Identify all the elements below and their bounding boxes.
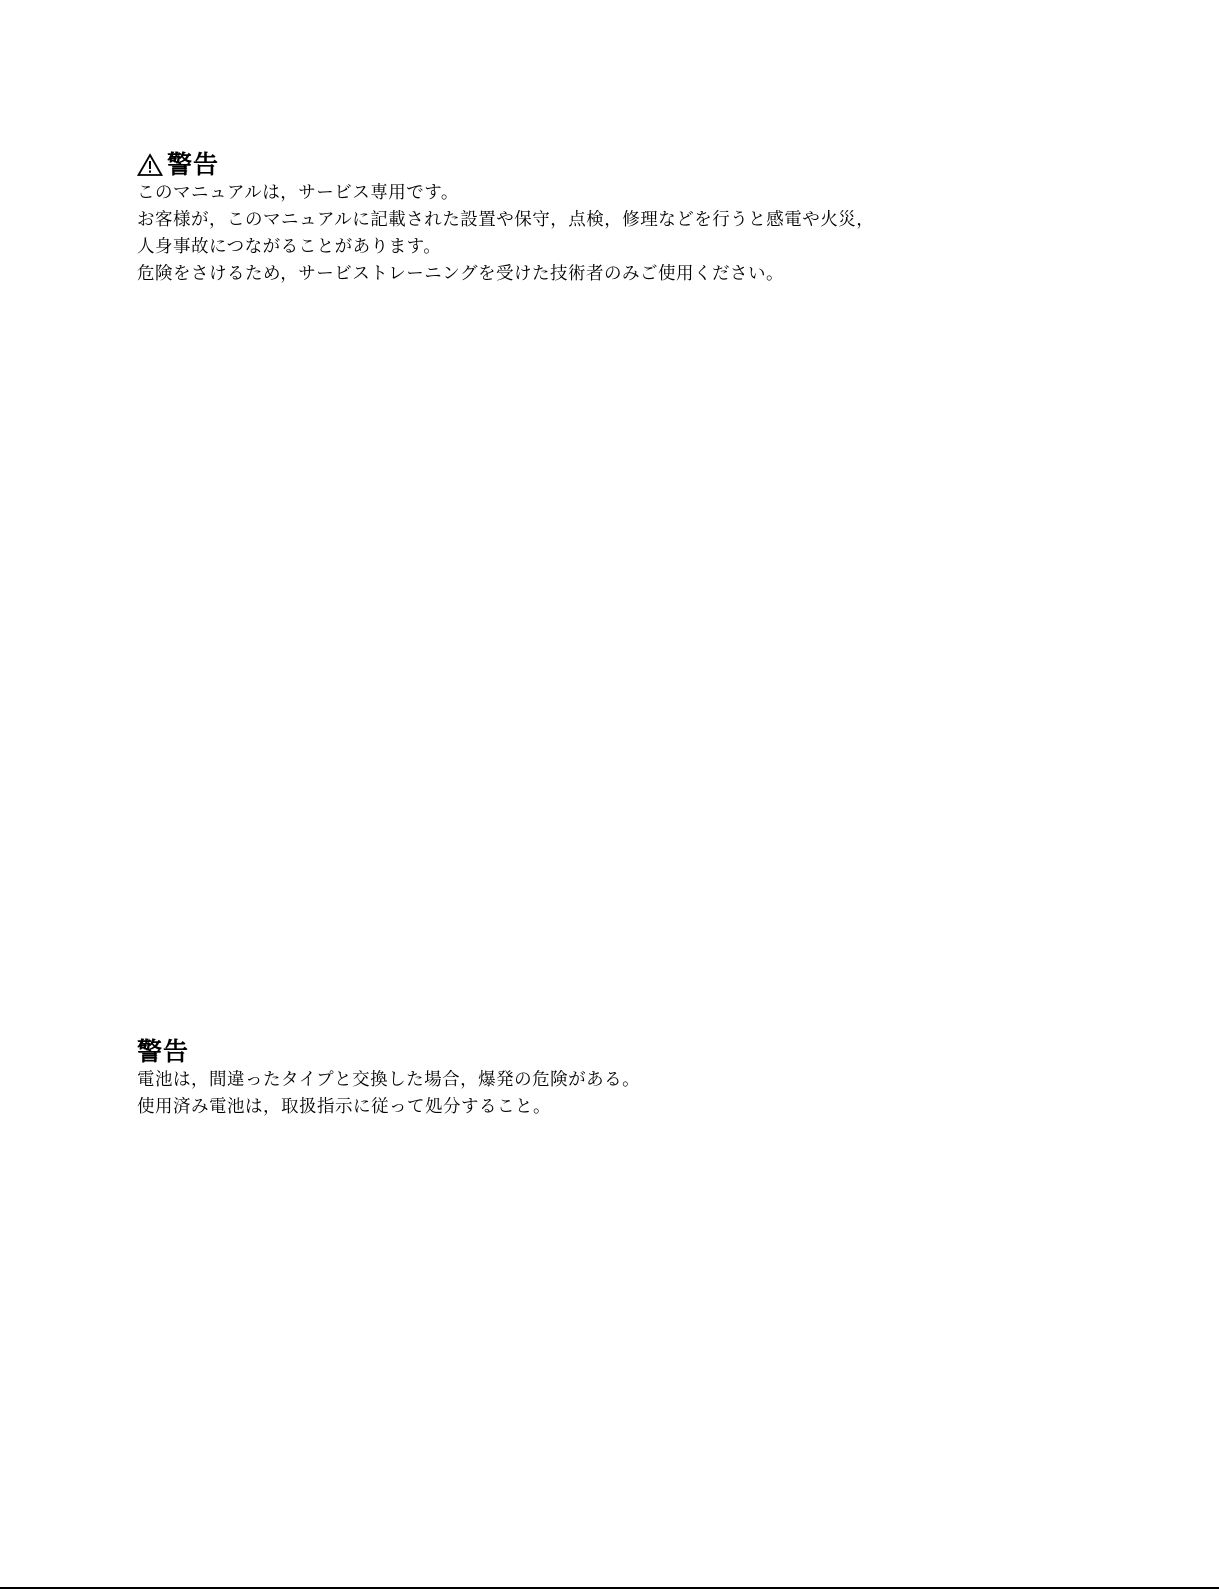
warning-triangle-icon [137, 153, 163, 177]
warning-heading: 警告 [137, 1037, 640, 1067]
warning-heading-text: 警告 [167, 150, 219, 180]
warning-text-line: 使用済み電池は，取扱指示に従って処分すること。 [137, 1094, 640, 1121]
warning-text-line: このマニュアルは，サービス専用です。 [137, 180, 874, 207]
warning-text-line: お客様が，このマニュアルに記載された設置や保守，点検，修理などを行うと感電や火災… [137, 207, 874, 234]
battery-warning-section: 警告 電池は，間違ったタイプと交換した場合，爆発の危険がある。 使用済み電池は，… [137, 1037, 640, 1121]
warning-text-line: 人身事故につながることがあります。 [137, 234, 874, 261]
warning-heading: 警告 [137, 150, 874, 180]
warning-text-line: 電池は，間違ったタイプと交換した場合，爆発の危険がある。 [137, 1067, 640, 1094]
warning-heading-text: 警告 [137, 1037, 189, 1067]
warning-text-line: 危険をさけるため，サービストレーニングを受けた技術者のみご使用ください。 [137, 261, 874, 288]
service-warning-section: 警告 このマニュアルは，サービス専用です。 お客様が，このマニュアルに記載された… [137, 150, 874, 288]
